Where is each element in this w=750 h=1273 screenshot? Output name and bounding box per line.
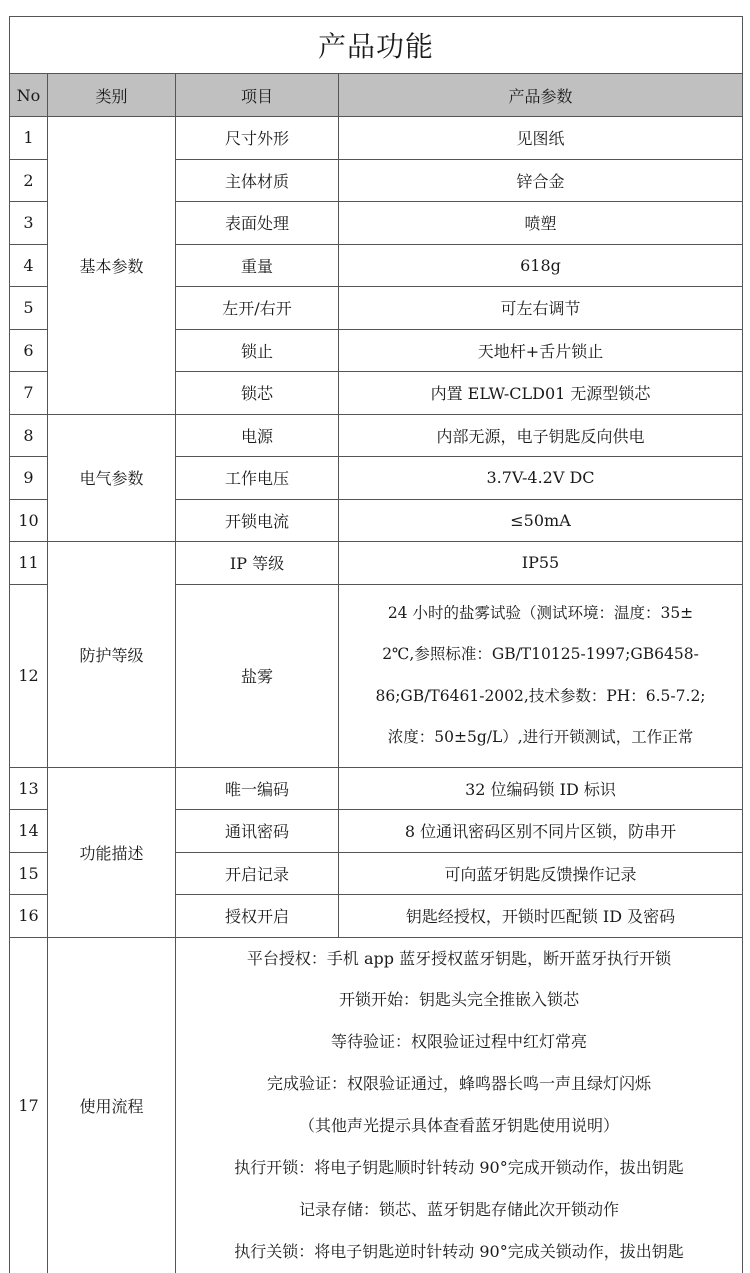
row-number: 2	[10, 159, 48, 202]
row-number: 17	[10, 937, 48, 1273]
param-cell: 内置 ELW-CLD01 无源型锁芯	[339, 372, 743, 415]
row-number: 10	[10, 499, 48, 542]
param-cell: 喷塑	[339, 202, 743, 245]
product-function-table: 产品功能 No 类别 项目 产品参数 1 基本参数 尺寸外形 见图纸 2 主体材…	[9, 16, 743, 1273]
param-cell: ≤50mA	[339, 499, 743, 542]
item-cell: 锁止	[176, 329, 339, 372]
item-cell: 开启记录	[176, 852, 339, 895]
item-cell: 重量	[176, 244, 339, 287]
row-number: 7	[10, 372, 48, 415]
item-cell: IP 等级	[176, 542, 339, 585]
usage-flow-steps: 平台授权：手机 app 蓝牙授权蓝牙钥匙，断开蓝牙执行开锁 开锁开始：钥匙头完全…	[176, 937, 743, 1273]
param-cell: 8 位通讯密码区别不同片区锁，防串开	[339, 810, 743, 853]
param-cell: IP55	[339, 542, 743, 585]
header-category: 类别	[48, 74, 176, 117]
param-cell: 天地杆+舌片锁止	[339, 329, 743, 372]
category-electrical: 电气参数	[48, 414, 176, 542]
header-no: No	[10, 74, 48, 117]
flow-step: 等待验证：权限验证过程中红灯常亮	[184, 1021, 734, 1063]
param-cell: 618g	[339, 244, 743, 287]
row-number: 6	[10, 329, 48, 372]
flow-step: 开锁开始：钥匙头完全推嵌入锁芯	[184, 979, 734, 1021]
param-line: 浓度：50±5g/L）,进行开锁测试，工作正常	[349, 717, 732, 759]
item-cell: 盐雾	[176, 584, 339, 767]
item-cell: 开锁电流	[176, 499, 339, 542]
flow-step: 平台授权：手机 app 蓝牙授权蓝牙钥匙，断开蓝牙执行开锁	[184, 938, 734, 980]
item-cell: 唯一编码	[176, 767, 339, 810]
item-cell: 工作电压	[176, 457, 339, 500]
category-basic: 基本参数	[48, 117, 176, 415]
category-usage-flow: 使用流程	[48, 937, 176, 1273]
row-number: 14	[10, 810, 48, 853]
row-number: 9	[10, 457, 48, 500]
row-number: 15	[10, 852, 48, 895]
param-cell: 见图纸	[339, 117, 743, 160]
param-line: 2℃,参照标准：GB/T10125-1997;GB6458-	[349, 634, 732, 676]
param-cell: 钥匙经授权，开锁时匹配锁 ID 及密码	[339, 895, 743, 938]
param-cell: 可左右调节	[339, 287, 743, 330]
row-number: 3	[10, 202, 48, 245]
row-number: 11	[10, 542, 48, 585]
table-title: 产品功能	[10, 17, 743, 74]
row-number: 16	[10, 895, 48, 938]
row-number: 4	[10, 244, 48, 287]
row-number: 8	[10, 414, 48, 457]
table-row: 17 使用流程 平台授权：手机 app 蓝牙授权蓝牙钥匙，断开蓝牙执行开锁 开锁…	[10, 937, 743, 1273]
param-cell: 锌合金	[339, 159, 743, 202]
table-row: 1 基本参数 尺寸外形 见图纸	[10, 117, 743, 160]
header-param: 产品参数	[339, 74, 743, 117]
row-number: 12	[10, 584, 48, 767]
item-cell: 表面处理	[176, 202, 339, 245]
category-protection: 防护等级	[48, 542, 176, 768]
param-cell: 可向蓝牙钥匙反馈操作记录	[339, 852, 743, 895]
param-line: 24 小时的盐雾试验（测试环境：温度：35±	[349, 593, 732, 635]
row-number: 1	[10, 117, 48, 160]
flow-step: 执行开锁：将电子钥匙顺时针转动 90°完成开锁动作，拔出钥匙	[184, 1147, 734, 1189]
table-row: 13 功能描述 唯一编码 32 位编码锁 ID 标识	[10, 767, 743, 810]
item-cell: 左开/右开	[176, 287, 339, 330]
row-number: 5	[10, 287, 48, 330]
category-function: 功能描述	[48, 767, 176, 937]
param-cell: 32 位编码锁 ID 标识	[339, 767, 743, 810]
table-row: 8 电气参数 电源 内部无源，电子钥匙反向供电	[10, 414, 743, 457]
header-row: No 类别 项目 产品参数	[10, 74, 743, 117]
item-cell: 锁芯	[176, 372, 339, 415]
param-cell: 内部无源，电子钥匙反向供电	[339, 414, 743, 457]
flow-step: 记录存储：锁芯、蓝牙钥匙存储此次开锁动作	[184, 1189, 734, 1231]
salt-spray-param: 24 小时的盐雾试验（测试环境：温度：35± 2℃,参照标准：GB/T10125…	[339, 584, 743, 767]
table-row: 11 防护等级 IP 等级 IP55	[10, 542, 743, 585]
param-line: 86;GB/T6461-2002,技术参数：PH：6.5-7.2;	[349, 676, 732, 718]
header-item: 项目	[176, 74, 339, 117]
row-number: 13	[10, 767, 48, 810]
item-cell: 授权开启	[176, 895, 339, 938]
flow-step: 完成验证：权限验证通过，蜂鸣器长鸣一声且绿灯闪烁	[184, 1063, 734, 1105]
item-cell: 通讯密码	[176, 810, 339, 853]
item-cell: 尺寸外形	[176, 117, 339, 160]
param-cell: 3.7V-4.2V DC	[339, 457, 743, 500]
item-cell: 电源	[176, 414, 339, 457]
flow-step: 执行关锁：将电子钥匙逆时针转动 90°完成关锁动作，拔出钥匙	[184, 1231, 734, 1273]
item-cell: 主体材质	[176, 159, 339, 202]
flow-note: （其他声光提示具体查看蓝牙钥匙使用说明）	[184, 1105, 734, 1147]
